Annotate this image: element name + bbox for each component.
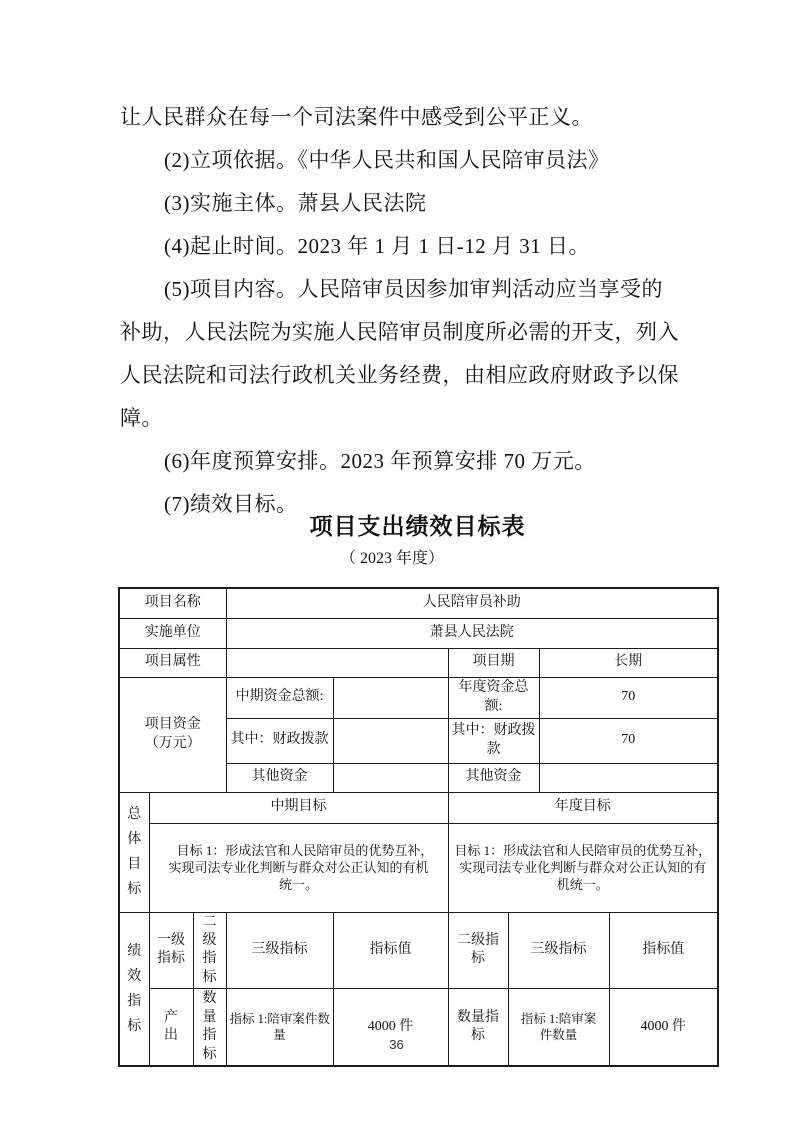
annual-fiscal-value: 70: [539, 718, 718, 763]
funds-label: 项目资金 （万元）: [119, 677, 226, 792]
period-label: 项目期: [448, 648, 539, 677]
level2-header: 二级指标: [193, 912, 226, 989]
annual-total-value: 70: [539, 677, 718, 718]
body-line: (5)项目内容。人民陪审员因参加审判活动应当享受的: [120, 268, 682, 311]
annual-level3-value: 指标 1:陪审案 件数量: [508, 989, 609, 1066]
page-number: 36: [0, 1037, 793, 1052]
period-value: 长期: [539, 648, 718, 677]
level1-value: 产 出: [149, 989, 193, 1066]
annual-goal-header: 年度目标: [448, 792, 718, 823]
annual-other-value: [539, 763, 718, 792]
body-text: 让人民群众在每一个司法案件中感受到公平正义。 (2)立项依据。《中华人民共和国人…: [120, 96, 682, 526]
overall-goal-vertical-text: 总体目标: [127, 802, 142, 902]
annual-indicator-value: 4000 件: [609, 989, 718, 1066]
annual-other-label: 其他资金: [448, 763, 539, 792]
performance-target-table: 项目名称 人民陪审员补助 实施单位 萧县人民法院 项目属性 项目期 长期 项目资…: [118, 587, 719, 1067]
attribute-label: 项目属性: [119, 648, 226, 677]
row-project-name: 项目名称 人民陪审员补助: [119, 588, 718, 618]
mid-fiscal-label: 其中：财政拨款: [226, 718, 333, 763]
body-line: 障。: [120, 397, 682, 440]
mid-total-value: [333, 677, 448, 718]
annual-level2-value: 数量指标: [448, 989, 508, 1066]
row-funds-total: 项目资金 （万元） 中期资金总额: 年度资金总 额: 70: [119, 677, 718, 718]
performance-vertical-text: 绩效指标: [127, 939, 142, 1039]
annual-level2-header: 二级指标: [448, 912, 508, 989]
body-line: (6)年度预算安排。2023 年预算安排 70 万元。: [120, 440, 682, 483]
row-performance-data: 产 出 数量指标 指标 1:陪审案件数 量 4000 件 数量指标 指标 1:陪…: [119, 989, 718, 1066]
attribute-value: [226, 648, 448, 677]
body-line: (4)起止时间。2023 年 1 月 1 日-12 月 31 日。: [120, 225, 682, 268]
mid-other-label: 其他资金: [226, 763, 333, 792]
row-overall-goal-content: 目标 1：形成法官和人民陪审员的优势互补， 实现司法专业化判断与群众对公正认知的…: [119, 823, 718, 912]
body-line: (3)实施主体。萧县人民法院: [120, 182, 682, 225]
indicator-value: 4000 件: [333, 989, 448, 1066]
table-subtitle: （ 2023 年度）: [118, 545, 666, 568]
mid-other-value: [333, 763, 448, 792]
annual-total-label: 年度资金总 额:: [448, 677, 539, 718]
project-name-label: 项目名称: [119, 588, 226, 618]
mid-total-label: 中期资金总额:: [226, 677, 333, 718]
table-title: 项目支出绩效目标表: [118, 508, 717, 541]
level3-value: 指标 1:陪审案件数 量: [226, 989, 333, 1066]
level2-value: 数量指标: [193, 989, 226, 1066]
row-implement-unit: 实施单位 萧县人民法院: [119, 618, 718, 648]
level1-header: 一级指标: [149, 912, 193, 989]
row-attribute: 项目属性 项目期 长期: [119, 648, 718, 677]
implement-unit-label: 实施单位: [119, 618, 226, 648]
annual-goal-text: 目标 1：形成法官和人民陪审员的优势互补， 实现司法专业化判断与群众对公正认知的…: [448, 823, 718, 912]
body-line: 让人民群众在每一个司法案件中感受到公平正义。: [120, 96, 682, 139]
value-header: 指标值: [333, 912, 448, 989]
mid-goal-text: 目标 1：形成法官和人民陪审员的优势互补， 实现司法专业化判断与群众对公正认知的…: [149, 823, 448, 912]
level3-header: 三级指标: [226, 912, 333, 989]
overall-goal-side-label: 总体目标: [119, 792, 149, 912]
mid-goal-header: 中期目标: [149, 792, 448, 823]
annual-fiscal-label: 其中：财政拨 款: [448, 718, 539, 763]
document-page: 让人民群众在每一个司法案件中感受到公平正义。 (2)立项依据。《中华人民共和国人…: [0, 0, 793, 1122]
row-overall-goal-header: 总体目标 中期目标 年度目标: [119, 792, 718, 823]
annual-level3-header: 三级指标: [508, 912, 609, 989]
mid-fiscal-value: [333, 718, 448, 763]
project-name-value: 人民陪审员补助: [226, 588, 718, 618]
body-line: (2)立项依据。《中华人民共和国人民陪审员法》: [120, 139, 682, 182]
body-line: 人民法院和司法行政机关业务经费，由相应政府财政予以保: [120, 354, 682, 397]
implement-unit-value: 萧县人民法院: [226, 618, 718, 648]
row-performance-header: 绩效指标 一级指标 二级指标 三级指标 指标值 二级指标 三级指标 指标值: [119, 912, 718, 989]
annual-value-header: 指标值: [609, 912, 718, 989]
body-line: 补助，人民法院为实施人民陪审员制度所必需的开支，列入: [120, 311, 682, 354]
